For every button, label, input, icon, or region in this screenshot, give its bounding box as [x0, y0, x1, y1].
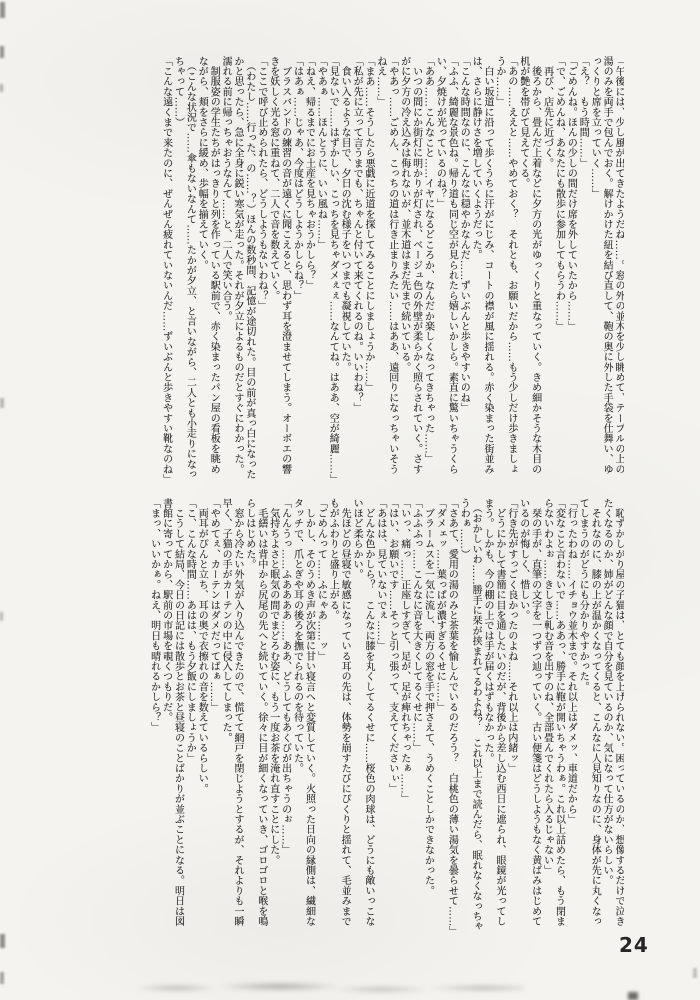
paragraph: 「はい、お願いです……そっと引っ張って、支えてくださいぃ」 — [386, 498, 398, 936]
paragraph: 「変なこと言わないで……ああっ、勝手に鞄が開いちゃうわぁ。これ以上詰めたら、もう… — [541, 498, 565, 936]
paragraph: 「ふふふっ……こんなに音を大きくしてるくせに……」 — [410, 498, 422, 936]
paragraph: 毛繕いは背中から尻尾の先へと続いていく。徐々に目が細くなっていき、ゴロゴロと喉を… — [243, 498, 267, 936]
paragraph: 「あの……ええと……やめておく？ それとも、お願いだから……もう少しだけ歩きまし… — [493, 56, 517, 480]
paragraph: 「午後には、少し風が出てきたようだね……。窓の外の並木を少し眺めて、テーブルの上… — [588, 56, 624, 480]
vertical-text-block-bottom: 恥ずかしがり屋の子猫は、とても顔を上げられない。困っているのか、想像するだけで泣… — [70, 498, 624, 936]
paragraph: ブラスバンドの練習の音が遠くに聞こえると、思わず耳を澄ませてしまう。オーボエの響… — [267, 56, 291, 480]
paragraph: 栞の手が、直筆の文字を一つずつ辿っていく。古い便箋はどうしようもなく黄ばみはじめ… — [517, 498, 541, 936]
paragraph: 「やあぁ……ほんとうに、いい風ね……」 — [314, 56, 326, 480]
vertical-text-block-top: 「午後には、少し風が出てきたようだね……。窓の外の並木を少し眺めて、テーブルの上… — [68, 56, 624, 480]
paragraph: 白い坂道に沿って歩くうちに汗がにじみ、コートの襟が風に揺れる。赤く染まった街並み… — [469, 56, 493, 480]
paragraph: 先ほどの昼寝で敏感になっている耳の先は、体勢を崩すたびにぴくりと揺れて、毛並みま… — [326, 498, 350, 936]
paragraph: 「私が先に立って言うまでも、ちゃんと付いて来てくれるのね。いいわね？」 — [350, 56, 362, 480]
paragraph: それなのに、膝の上が温かくなってくると、こんなに人見知りなのに、身体が先に丸くな… — [576, 498, 600, 936]
paragraph: 「で、ごめんね、あなたにも散歩に参加してもらうわ……」 — [553, 56, 565, 480]
paragraph: 「ごめんね。ほんの少しの間だけ席を外していたから……」 — [564, 56, 576, 480]
paragraph: 「え？ もう時間……」 — [576, 56, 588, 480]
paragraph: どんな色かしら？ こんなに膝を丸くしてるくせに……桜色の肉球は、どうにも敵いっこ… — [350, 498, 374, 936]
paragraph: 「行き先がすっごく良かったのよね……それ以上は内緒ッ」 — [505, 498, 517, 936]
paragraph: 制服姿の学生たちがはっきりと列を作っている駅前で、赤く染まったパン屋の看板を眺め… — [195, 56, 219, 480]
paragraph: 「こ、こんな時間……あはは、もう夕飯にしましょうか」 — [183, 498, 195, 936]
paragraph: （おかしいわ……勝手に栞が挟まれてるわよね？ これ以上まで読んだら、眠れなくなっ… — [457, 498, 481, 936]
paragraph: 「やあっ……ごめん、こっちの道は行き止まりみたい……はああ、遠回りになっちゃいそ… — [374, 56, 398, 480]
paragraph: 「やめてぇ、カーテンはダメだってばぁ……」 — [207, 498, 219, 936]
paragraph: 後ろから、畳んだ上着などに夕方の光がゆっくりと重なっていく。きめ細かそうな木目の… — [517, 56, 541, 480]
paragraph: いつの間にか街灯に明かりが灯され、ベージュ色の外壁が柔らかく照らされていく。さす… — [398, 56, 422, 480]
paragraph: こうして結局、今日の日記には散歩とお茶と昼寝のことばかりが並ぶことになる。明日は… — [160, 498, 184, 936]
paragraph: 「こんな遠くまで来たのに、ぜんぜん疲れていないんだ……ずいぶんと歩きやすい靴なの… — [160, 56, 172, 480]
paragraph: 「ごめんって……ふにゃあ……ッ」 — [314, 498, 326, 936]
paragraph: 「んんうっ……ふああああ……ああ、どうしてもあくびが出ちゃうのぉ……」 — [279, 498, 291, 936]
paragraph: 「ああ……こんなこと……イヤになるどころか、なんだか楽しくなってきちゃった……」 — [422, 56, 434, 480]
paragraph: 「ここで呼び止められたら、どうしようもないわね？」 — [255, 56, 267, 480]
scanned-page: { "page_number": "24", "colors": { "pape… — [0, 0, 700, 1000]
paragraph: 「ダメェッ……葉っぱが濃すぎるくせに……」 — [434, 498, 446, 936]
page-number: 24 — [619, 933, 649, 957]
paragraph: 「さあて、愛用の湯のみと茶葉を愉しんでいるのだろう？ 白桃色の薄い湯気を曇らせて… — [445, 498, 457, 936]
paragraph: （こんな状況で……傘もないなんて……たかが夕立、と言いながら、二人とも小走りにな… — [172, 56, 196, 480]
paragraph: 「見ないで……はずかしい、こっちを見ちゃダメぇぇ……なんてね。はああ、空が綺麗…… — [326, 56, 338, 480]
paragraph: 「まっ、いいかぁ。ねえ、明日も晴れるかしら？」 — [148, 498, 160, 936]
paragraph: 両耳がぴんと立ち、耳の奥で衣擦れの音を数えているらしい。 — [195, 498, 207, 936]
paragraph: ブラームスを一気に流し、両方の窓を手で押さえて、うめくことしかできなかった。 — [422, 498, 434, 936]
paragraph: 再び、店先に近づく。 — [541, 56, 553, 480]
paragraph: 窓から冷たい外気が入り込んできたので、慌てて網戸を閉じようとするが、それよりも一… — [219, 498, 243, 936]
paragraph: 「はあぁ……じゃあ、今度はどうしようかしらね？」 — [291, 56, 303, 480]
paragraph: 「いっ、痛っ……正座しすぎて、足が、足が痺れちゃったぁ……」 — [398, 498, 410, 936]
paragraph: （わたし……行った、の……？）ほんの数秒間、記憶が途切れた。目の前が真っ白になっ… — [219, 56, 255, 480]
paragraph: 「行ったわね……イチョウ並木まで。それ以上はダメッ、車道だから」 — [564, 498, 576, 936]
paragraph: 「こんな時間なのに、こんなに穏やかなんだ……ずいぶんと歩きやすいのね」 — [457, 56, 469, 480]
paragraph: しかし、そのうめき声が次第に甘い寝言へと変質していく。火照った日向の縁側は、繊細… — [291, 498, 315, 936]
scan-artifact-spot — [628, 992, 638, 1000]
paragraph: 「あはは、見ていないでぇ……」 — [374, 498, 386, 936]
paragraph: 気持ちよさと眠気の間でまどろむ姿に、もう一度お茶を淹れ直すことにした。 — [267, 498, 279, 936]
paragraph: 食い入るような目で、夕日の沈む様子をいつまでも凝視していた。 — [338, 56, 350, 480]
paragraph: どうにかして書簡に目を通したいのだが、背後から差し込む西日に遮られ、眼鏡が光って… — [481, 498, 505, 936]
paragraph: 恥ずかしがり屋の子猫は、とても顔を上げられない。困っているのか、想像するだけで泣… — [600, 498, 624, 936]
paragraph: 「ねえ、帰るまでにお土産を見ちゃおうかしら？」 — [303, 56, 315, 480]
paragraph: 「まあ……そうしたら悪戯に近道を探してみることにしましょうか……」 — [362, 56, 374, 480]
paragraph: 「ふふ、綺麗な景色ね。帰り道も同じ空が見られたら嬉しいかしら。素直に驚いちゃうく… — [434, 56, 458, 480]
